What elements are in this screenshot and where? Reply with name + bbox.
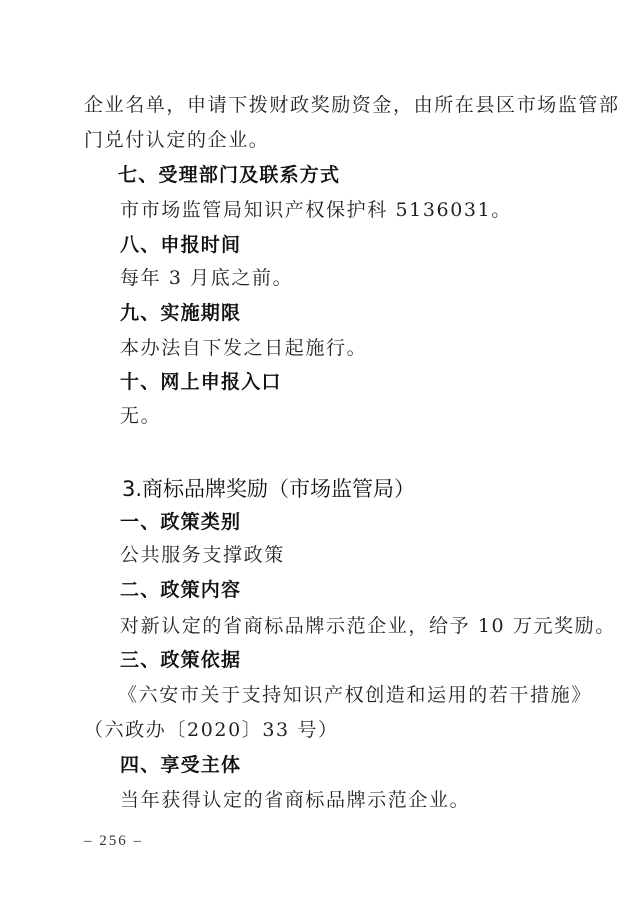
continuation-line-2: 门兑付认定的企业。 [84,128,269,152]
heading-contact: 七、受理部门及联系方式 [118,163,340,187]
heading-beneficiary: 四、享受主体 [120,753,241,777]
heading-policy-content: 二、政策内容 [120,578,241,602]
policy-content-text: 对新认定的省商标品牌示范企业，给予 10 万元奖励。 [120,614,616,638]
heading-policy-basis: 三、政策依据 [120,648,241,672]
online-entry-text: 无。 [120,404,161,428]
beneficiary-text: 当年获得认定的省商标品牌示范企业。 [120,788,470,812]
heading-policy-category: 一、政策类别 [120,510,241,534]
continuation-line-1: 企业名单，申请下拨财政奖励资金，由所在县区市场监管部 [84,93,620,117]
application-time-text: 每年 3 月底之前。 [120,266,293,290]
policy-basis-line-1: 《六安市关于支持知识产权创造和运用的若干措施》 [118,683,592,707]
policy-basis-line-2: （六政办〔2020〕33 号） [84,718,339,742]
heading-online-entry: 十、网上申报入口 [120,370,282,394]
heading-application-time: 八、申报时间 [120,233,241,257]
policy-title: 3.商标品牌奖励（市场监管局） [122,477,415,501]
implementation-period-text: 本办法自下发之日起施行。 [120,336,367,360]
policy-category-text: 公共服务支撑政策 [120,543,285,567]
page-number: – 256 – [84,833,143,850]
contact-text: 市市场监管局知识产权保护科 5136031。 [120,198,512,222]
heading-implementation-period: 九、实施期限 [120,301,241,325]
